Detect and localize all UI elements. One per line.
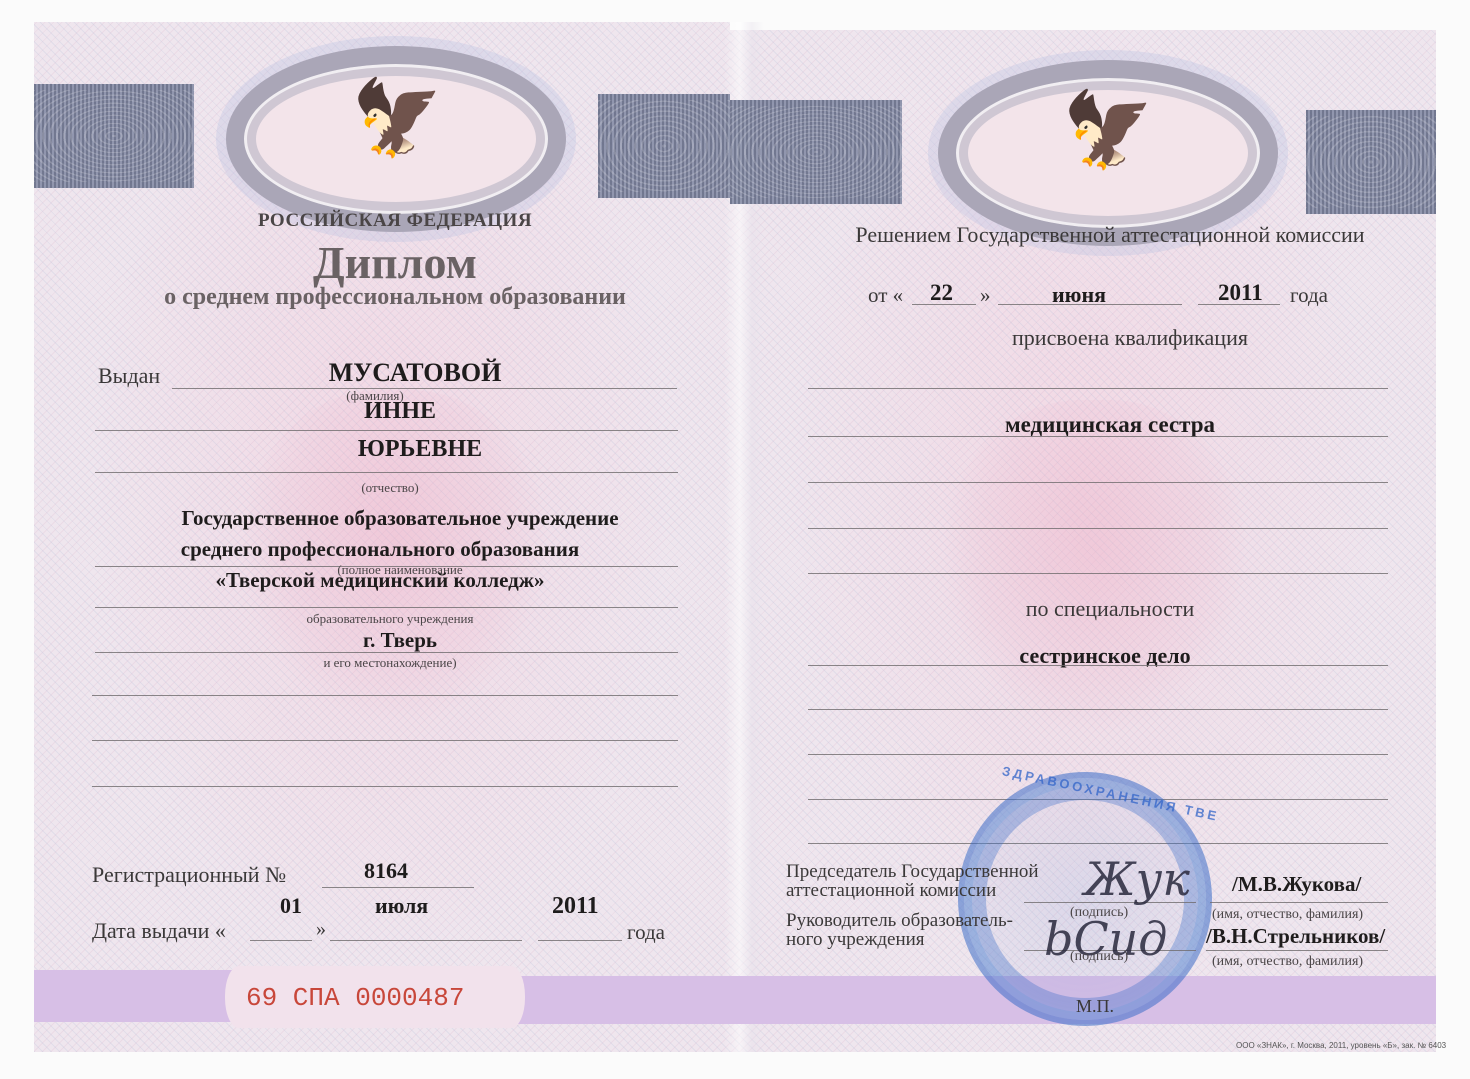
country-heading: РОССИЙСКАЯ ФЕДЕРАЦИЯ xyxy=(180,210,610,232)
institution-line-1: Государственное образовательное учрежден… xyxy=(100,506,700,531)
field-line xyxy=(95,607,678,608)
issue-month: июля xyxy=(375,893,428,919)
decision-text: Решением Государственной аттестационной … xyxy=(790,222,1430,248)
issue-day: 01 xyxy=(280,893,302,919)
field-line xyxy=(92,740,678,741)
guilloche-band-right-inner xyxy=(730,100,902,204)
signature-hint: (подпись) xyxy=(1070,949,1128,965)
qualification-value: медицинская сестра xyxy=(900,412,1320,438)
decision-date-prefix: от « xyxy=(868,283,903,308)
chair-name: /М.В.Жукова/ xyxy=(1232,872,1361,897)
decision-date-close-quote: » xyxy=(980,283,991,308)
diploma-title: Диплом xyxy=(180,236,610,289)
registration-number: 8164 xyxy=(364,858,408,884)
field-line xyxy=(92,786,678,787)
decision-year-suffix: года xyxy=(1290,283,1328,308)
field-line xyxy=(330,940,522,941)
field-line xyxy=(808,528,1388,529)
guilloche-band-left-outer xyxy=(34,84,194,188)
field-line xyxy=(538,940,622,941)
recipient-surname: МУСАТОВОЙ xyxy=(260,358,570,388)
seal-place-label: М.П. xyxy=(1076,996,1114,1017)
location-hint: и его местонахождение) xyxy=(280,655,500,671)
coat-of-arms-icon: 🦅 xyxy=(351,74,431,164)
eagle-watermark-right xyxy=(945,400,1245,730)
name-hint: (имя, отчество, фамилия) xyxy=(1212,954,1363,970)
field-line xyxy=(1206,950,1388,951)
issue-date-close-quote: » xyxy=(316,918,326,941)
chair-label-line-2: аттестационной комиссии xyxy=(786,881,996,900)
decision-year: 2011 xyxy=(1218,280,1263,306)
head-label-line-1: Руководитель образователь- xyxy=(786,911,1013,930)
qualification-label: присвоена квалификация xyxy=(900,325,1360,351)
issue-date-label: Дата выдачи « xyxy=(92,918,226,944)
issued-label: Выдан xyxy=(98,363,160,389)
chair-label-line-1: Председатель Государственной xyxy=(786,862,1039,881)
institution-hint: образовательного учреждения xyxy=(280,611,500,627)
field-line xyxy=(808,709,1388,710)
serial-number: 69 СПА 0000487 xyxy=(246,983,464,1013)
chair-signature: Жук xyxy=(1084,852,1190,906)
head-label-line-2: ного учреждения xyxy=(786,930,925,949)
field-line xyxy=(95,430,678,431)
issue-year-suffix: года xyxy=(627,920,665,945)
field-line xyxy=(92,695,678,696)
field-line xyxy=(808,665,1388,666)
serial-band-left xyxy=(34,970,234,1022)
guilloche-band-left-inner xyxy=(598,94,730,198)
institution-line-3: «Тверской медицинский колледж» xyxy=(140,568,620,593)
recipient-patronymic: ЮРЬЕВНЕ xyxy=(300,436,540,463)
institution-city: г. Тверь xyxy=(320,628,480,653)
guilloche-band-right-outer xyxy=(1306,110,1436,214)
specialty-label: по специальности xyxy=(960,596,1260,622)
field-line xyxy=(808,436,1388,437)
recipient-first-name: ИННЕ xyxy=(300,398,500,425)
issue-year: 2011 xyxy=(552,893,599,920)
field-line xyxy=(95,472,678,473)
registration-label: Регистрационный № xyxy=(92,862,286,888)
field-line xyxy=(322,887,474,888)
field-line xyxy=(95,652,678,653)
field-line xyxy=(808,754,1388,755)
field-line xyxy=(808,573,1388,574)
decision-month: июня xyxy=(1052,282,1106,308)
name-hint: (имя, отчество, фамилия) xyxy=(1212,907,1363,923)
coat-of-arms-icon: 🦅 xyxy=(1062,86,1142,176)
institution-line-2: среднего профессионального образования xyxy=(100,537,660,562)
decision-day: 22 xyxy=(930,280,953,306)
printer-note: ООО «ЗНАК», г. Москва, 2011, уровень «Б»… xyxy=(1236,1041,1446,1050)
diploma-subtitle: о среднем профессиональном образовании xyxy=(100,284,690,311)
serial-band-right xyxy=(516,976,1436,1024)
field-line xyxy=(808,388,1388,389)
field-line xyxy=(1210,902,1388,903)
field-line xyxy=(808,482,1388,483)
head-name: /В.Н.Стрельников/ xyxy=(1206,924,1385,949)
patronymic-hint: (отчество) xyxy=(320,480,460,496)
field-line xyxy=(250,940,312,941)
